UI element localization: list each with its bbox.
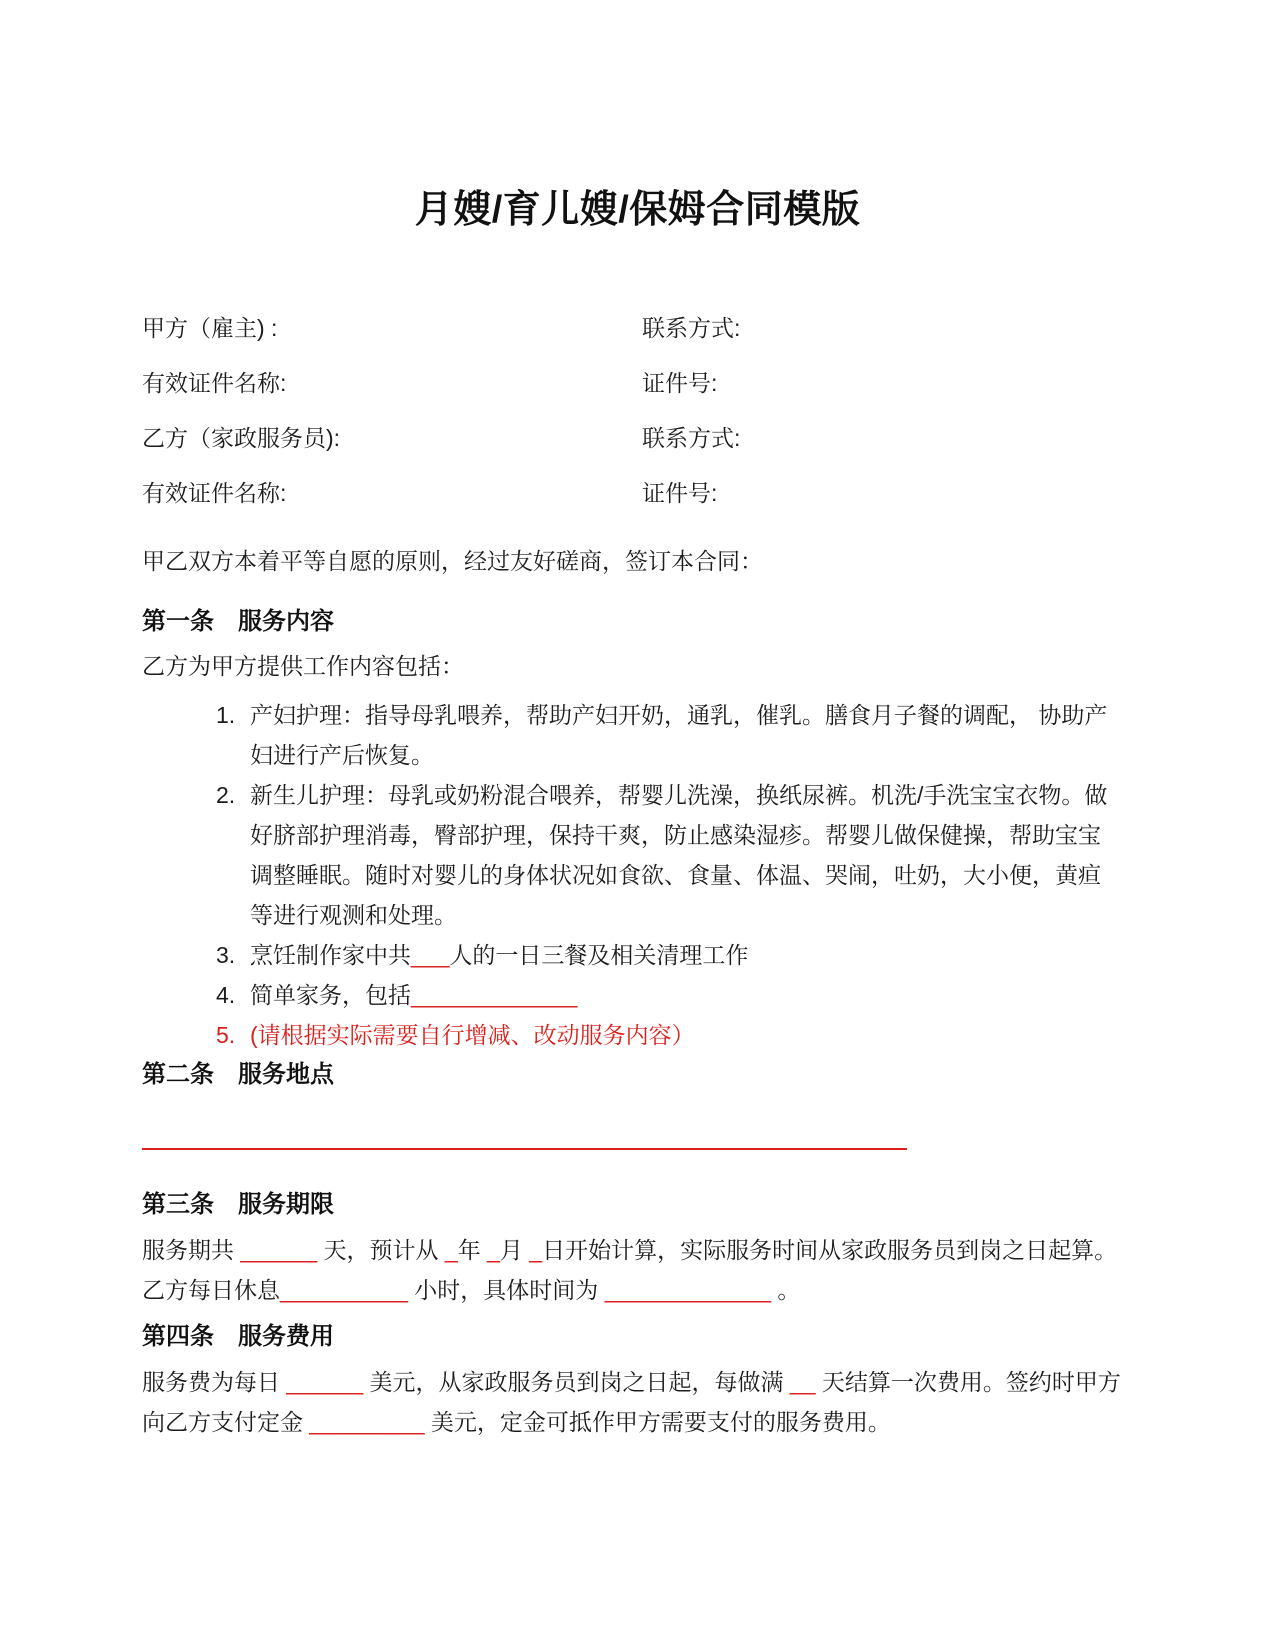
list-number-1: 1. xyxy=(216,695,250,775)
fee-text-0: 服务费为每日 xyxy=(142,1369,286,1395)
list-item-4-text: 简单家务，包括_____________ xyxy=(250,975,1133,1015)
blank-month: _ xyxy=(487,1237,500,1263)
blank-year: _ xyxy=(445,1237,458,1263)
term-text-1: 天，预计从 xyxy=(317,1237,445,1263)
term-text-2: 年 xyxy=(458,1237,487,1263)
blank-number-of-people: ___ xyxy=(411,942,449,968)
blank-rest-time: _____________ xyxy=(605,1277,771,1303)
list-item-3-text: 烹饪制作家中共___人的一日三餐及相关清理工作 xyxy=(250,935,1133,975)
section-2-heading: 第二条 服务地点 xyxy=(142,1058,1133,1092)
list-item-5: 5. (请根据实际需要自行增减、改动服务内容） xyxy=(142,1015,1133,1055)
blank-day: _ xyxy=(529,1237,542,1263)
blank-rest-hours: __________ xyxy=(280,1277,408,1303)
section-4-heading: 第四条 服务费用 xyxy=(142,1320,1133,1354)
party-info-section: 甲方（雇主) : 联系方式: 有效证件名称: 证件号: 乙方（家政服务员): 联… xyxy=(142,312,1133,509)
party-a-employer-label: 甲方（雇主) : xyxy=(142,312,642,344)
list-number-5: 5. xyxy=(216,1015,250,1055)
party-row-b: 乙方（家政服务员): 联系方式: xyxy=(142,422,1133,454)
contract-document-page: 月嫂/育儿嫂/保姆合同模版 甲方（雇主) : 联系方式: 有效证件名称: 证件号… xyxy=(0,0,1275,1650)
list-number-2: 2. xyxy=(216,775,250,935)
blank-total-days: ______ xyxy=(240,1237,317,1263)
blank-deposit-amount: _________ xyxy=(309,1409,424,1435)
party-b-id-name-label: 有效证件名称: xyxy=(142,477,642,509)
list-item-1-text: 产妇护理：指导母乳喂养，帮助产妇开奶，通乳，催乳。膳食月子餐的调配， 协助产妇进… xyxy=(250,695,1133,775)
list-item-4-pre: 简单家务，包括 xyxy=(250,982,411,1008)
list-item-3: 3. 烹饪制作家中共___人的一日三餐及相关清理工作 xyxy=(142,935,1133,975)
section-1-heading: 第一条 服务内容 xyxy=(142,605,1133,639)
list-item-2: 2. 新生儿护理：母乳或奶粉混合喂养，帮婴儿洗澡，换纸尿裤。机洗/手洗宝宝衣物。… xyxy=(142,775,1133,935)
list-item-1: 1. 产妇护理：指导母乳喂养，帮助产妇开奶，通乳，催乳。膳食月子餐的调配， 协助… xyxy=(142,695,1133,775)
fee-text-3: 美元，定金可抵作甲方需要支付的服务费用。 xyxy=(425,1409,891,1435)
blank-housework-details: _____________ xyxy=(411,982,577,1008)
list-item-3-post: 人的一日三餐及相关清理工作 xyxy=(449,942,748,968)
list-item-5-note-text: (请根据实际需要自行增减、改动服务内容） xyxy=(250,1015,1133,1055)
list-number-3: 3. xyxy=(216,935,250,975)
party-a-contact-label: 联系方式: xyxy=(642,312,1133,344)
term-text-3: 月 xyxy=(500,1237,529,1263)
service-fee-paragraph: 服务费为每日 ______ 美元，从家政服务员到岗之日起，每做满 __ 天结算一… xyxy=(142,1362,1133,1442)
party-b-id-number-label: 证件号: xyxy=(642,477,1133,509)
party-b-worker-label: 乙方（家政服务员): xyxy=(142,422,642,454)
document-title: 月嫂/育儿嫂/保姆合同模版 xyxy=(142,185,1133,235)
party-a-id-number-label: 证件号: xyxy=(642,367,1133,399)
party-row-b-id: 有效证件名称: 证件号: xyxy=(142,477,1133,509)
list-item-3-pre: 烹饪制作家中共 xyxy=(250,942,411,968)
section-1-intro: 乙方为甲方提供工作内容包括： xyxy=(142,650,1133,682)
service-term-paragraph: 服务期共 ______ 天，预计从 _年 _月 _日开始计算，实际服务时间从家政… xyxy=(142,1230,1133,1310)
blank-daily-fee: ______ xyxy=(286,1369,363,1395)
service-content-list: 1. 产妇护理：指导母乳喂养，帮助产妇开奶，通乳，催乳。膳食月子餐的调配， 协助… xyxy=(142,695,1133,1055)
party-b-contact-label: 联系方式: xyxy=(642,422,1133,454)
party-row-a-id: 有效证件名称: 证件号: xyxy=(142,367,1133,399)
list-item-4: 4. 简单家务，包括_____________ xyxy=(142,975,1133,1015)
section-3-heading: 第三条 服务期限 xyxy=(142,1188,1133,1222)
list-item-2-text: 新生儿护理：母乳或奶粉混合喂养，帮婴儿洗澡，换纸尿裤。机洗/手洗宝宝衣物。做好脐… xyxy=(250,775,1133,935)
fee-text-1: 美元，从家政服务员到岗之日起，每做满 xyxy=(363,1369,790,1395)
preamble-text: 甲乙双方本着平等自愿的原则，经过友好磋商，签订本合同： xyxy=(142,545,1133,577)
service-location-blank-line xyxy=(142,1148,907,1150)
list-number-4: 4. xyxy=(216,975,250,1015)
blank-settlement-days: __ xyxy=(790,1369,816,1395)
term-text-6: 。 xyxy=(771,1277,800,1303)
party-row-a: 甲方（雇主) : 联系方式: xyxy=(142,312,1133,344)
term-text-0: 服务期共 xyxy=(142,1237,240,1263)
party-a-id-name-label: 有效证件名称: xyxy=(142,367,642,399)
term-text-5: 小时，具体时间为 xyxy=(408,1277,605,1303)
